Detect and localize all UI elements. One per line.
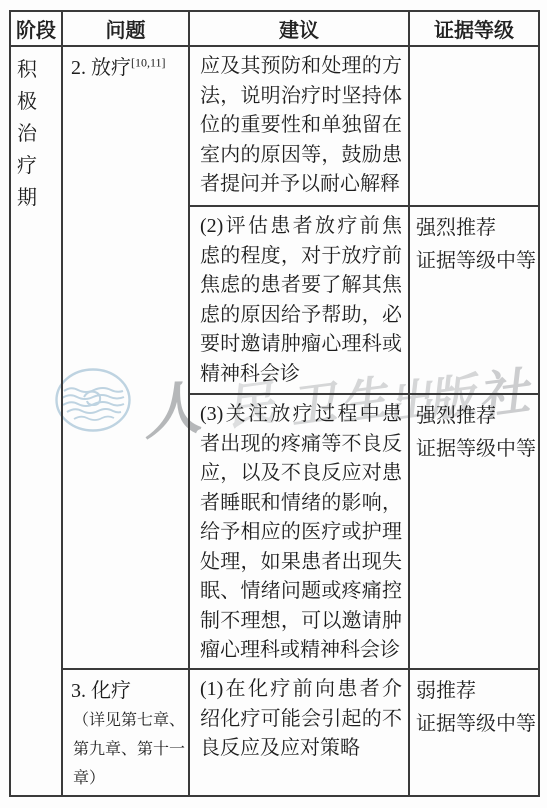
guideline-table-wrapper: 阶段 问题 建议 证据等级 积极治疗期 2. 放疗[10,11] 应及其预防和处… <box>9 10 540 797</box>
evidence-grade: 证据等级中等 <box>416 245 538 278</box>
evidence-cell-empty <box>409 46 539 206</box>
table-row: 积极治疗期 2. 放疗[10,11] 应及其预防和处理的方法，说明治疗时坚持体位… <box>10 46 539 206</box>
problem-title: 3. 化疗 <box>71 676 186 706</box>
stage-cell: 积极治疗期 <box>10 46 62 796</box>
evidence-cell: 弱推荐 证据等级中等 <box>409 669 539 796</box>
evidence-cell: 强烈推荐 证据等级中等 <box>409 206 539 394</box>
guideline-table: 阶段 问题 建议 证据等级 积极治疗期 2. 放疗[10,11] 应及其预防和处… <box>9 10 540 797</box>
header-stage: 阶段 <box>10 11 62 46</box>
evidence-grade: 证据等级中等 <box>416 708 538 741</box>
table-row: 3. 化疗 （详见第七章、第九章、第十一章） (1)在化疗前向患者介绍化疗可能会… <box>10 669 539 796</box>
recommendation-strength: 强烈推荐 <box>416 400 538 433</box>
reference-superscript: [10,11] <box>131 55 166 69</box>
evidence-cell: 强烈推荐 证据等级中等 <box>409 394 539 669</box>
header-row: 阶段 问题 建议 证据等级 <box>10 11 539 46</box>
recommendation-strength: 强烈推荐 <box>416 212 538 245</box>
problem-cell-chemotherapy: 3. 化疗 （详见第七章、第九章、第十一章） <box>62 669 189 796</box>
suggestion-cell: (2)评估患者放疗前焦虑的程度，对于放疗前焦虑的患者要了解其焦虑的原因给予帮助，… <box>189 206 409 394</box>
document-scan-page: 人民卫生出版社 阶段 问题 建议 证据等级 积极治疗期 2. 放疗[10,11] <box>0 0 547 808</box>
problem-title: 2. 放疗 <box>71 57 131 79</box>
evidence-grade: 证据等级中等 <box>416 433 538 466</box>
header-evidence: 证据等级 <box>409 11 539 46</box>
suggestion-cell: 应及其预防和处理的方法，说明治疗时坚持体位的重要性和单独留在室内的原因等，鼓励患… <box>189 46 409 206</box>
header-problem: 问题 <box>62 11 189 46</box>
problem-note: （详见第七章、第九章、第十一章） <box>71 706 186 793</box>
suggestion-cell: (3)关注放疗过程中患者出现的疼痛等不良反应，以及不良反应对患者睡眠和情绪的影响… <box>189 394 409 669</box>
header-suggestion: 建议 <box>189 11 409 46</box>
suggestion-cell: (1)在化疗前向患者介绍化疗可能会引起的不良反应及应对策略 <box>189 669 409 796</box>
recommendation-strength: 弱推荐 <box>416 675 538 708</box>
problem-cell-radiotherapy: 2. 放疗[10,11] <box>62 46 189 669</box>
